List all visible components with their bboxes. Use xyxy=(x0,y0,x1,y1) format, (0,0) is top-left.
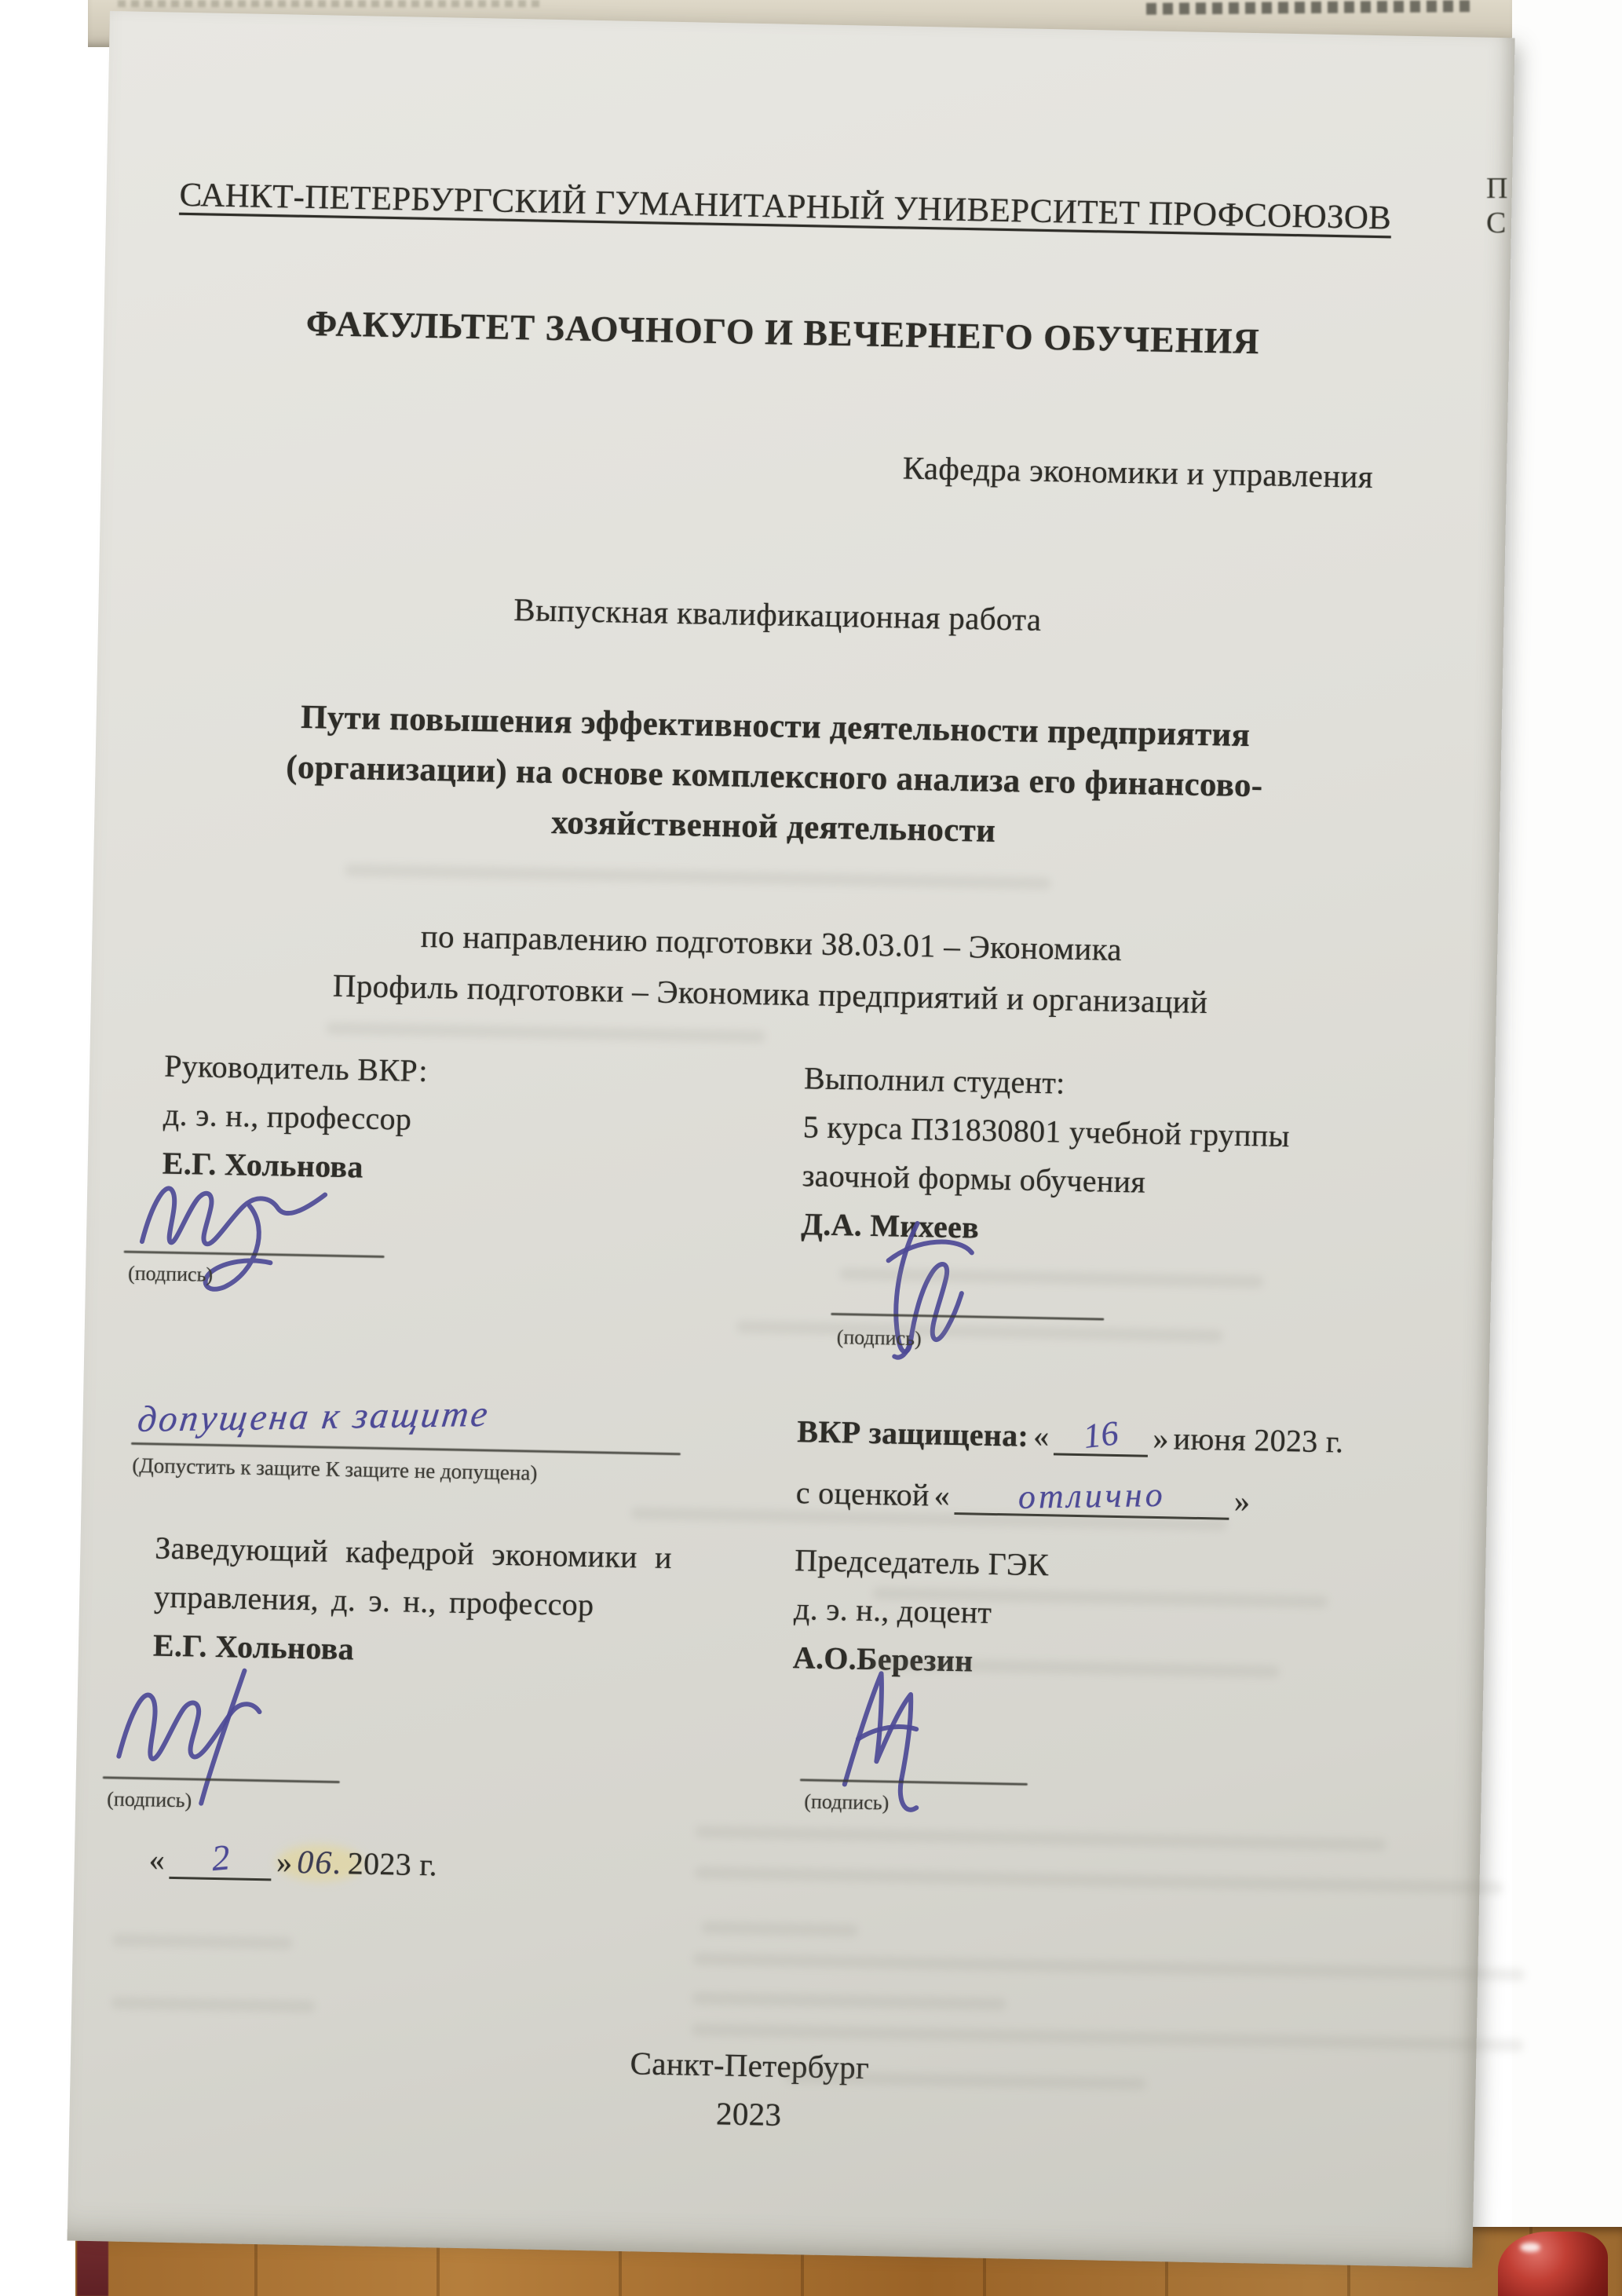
defense-label: ВКР защищена: xyxy=(797,1413,1029,1454)
student-group: 5 курса ПЗ1830801 учебной группы xyxy=(802,1108,1290,1154)
bleed-through-line xyxy=(345,864,1051,890)
head-date-row: « 2 » 06. 2023 г. xyxy=(148,1840,437,1884)
bleed-through-line xyxy=(692,1992,1006,2011)
study-profile: Профиль подготовки – Экономика предприят… xyxy=(91,962,1450,1026)
bleed-through-line xyxy=(326,1022,765,1044)
page-behind-edge-letters: П С xyxy=(1486,171,1511,265)
admission-caption: (Допустить к защите К защите не допущена… xyxy=(132,1453,538,1486)
head-date-month-handwritten: 06. xyxy=(297,1844,343,1882)
university-name: САНКТ-ПЕТЕРБУРГСКИЙ ГУМАНИТАРНЫЙ УНИВЕРС… xyxy=(106,174,1465,239)
bleed-through-line xyxy=(701,1921,858,1937)
student-form: заочной формы обучения xyxy=(802,1157,1145,1200)
defense-open-quote: « xyxy=(1033,1417,1050,1454)
student-role: Выполнил студент: xyxy=(804,1059,1065,1101)
grade-close-quote: » xyxy=(1234,1483,1251,1519)
edge-letter-s: С xyxy=(1486,206,1511,240)
gec-chair-role: Председатель ГЭК xyxy=(795,1541,1049,1583)
faculty-name: ФАКУЛЬТЕТ ЗАОЧНОГО И ВЕЧЕРНЕГО ОБУЧЕНИЯ xyxy=(104,298,1463,366)
bleed-through-line xyxy=(692,1953,1525,1981)
book-cover-corner xyxy=(1498,2232,1608,2296)
grade-label: с оценкой xyxy=(795,1474,930,1513)
gec-chair-signature-caption: (подпись) xyxy=(804,1790,889,1815)
edge-letter-p: П xyxy=(1486,171,1511,206)
bleed-through-line xyxy=(111,1996,315,2013)
admission-handwritten-note: допущена к защите xyxy=(135,1393,492,1441)
defense-close-quote: » xyxy=(1153,1420,1169,1457)
head-date-day-field: 2 xyxy=(170,1841,272,1881)
page-behind-cut-text-faint xyxy=(118,0,542,7)
defense-day-field: 16 xyxy=(1054,1418,1149,1457)
defense-date-rest: июня 2023 г. xyxy=(1173,1420,1343,1460)
department-name: Кафедра экономики и управления xyxy=(101,433,1374,495)
head-of-department-line2: управления, д. э. н., профессор xyxy=(154,1578,594,1623)
document-page: САНКТ-ПЕТЕРБУРГСКИЙ ГУМАНИТАРНЫЙ УНИВЕРС… xyxy=(67,11,1514,2268)
work-type: Выпускная квалификационная работа xyxy=(98,583,1457,646)
head-of-department-line1: Заведующий кафедрой экономики и xyxy=(155,1529,672,1576)
supervisor-degree: д. э. н., профессор xyxy=(163,1096,412,1138)
bleed-through-line xyxy=(695,1826,1386,1852)
head-of-department-signature-caption: (подпись) xyxy=(107,1787,192,1812)
grade-open-quote: « xyxy=(933,1477,950,1514)
bleed-through-line xyxy=(112,1934,293,1950)
head-date-open-quote: « xyxy=(148,1841,165,1877)
defense-day-handwritten: 16 xyxy=(1081,1416,1120,1454)
supervisor-role: Руководитель ВКР: xyxy=(164,1047,428,1089)
scanned-thesis-title-page: САНКТ-ПЕТЕРБУРГСКИЙ ГУМАНИТАРНЫЙ УНИВЕРС… xyxy=(0,0,1622,2296)
admission-line xyxy=(131,1442,681,1455)
head-date-day-handwritten: 2 xyxy=(210,1839,231,1877)
grade-handwritten: отлично xyxy=(1018,1478,1166,1515)
bleed-through-line xyxy=(694,1866,1503,1895)
head-date-year: 2023 г. xyxy=(347,1844,437,1883)
page-behind-right-area xyxy=(1512,0,1622,2296)
defense-date-row: ВКР защищена: « 16 » июня 2023 г. xyxy=(797,1413,1344,1461)
head-date-close-quote: » xyxy=(276,1844,293,1881)
supervisor-signature-caption: (подпись) xyxy=(128,1262,213,1287)
